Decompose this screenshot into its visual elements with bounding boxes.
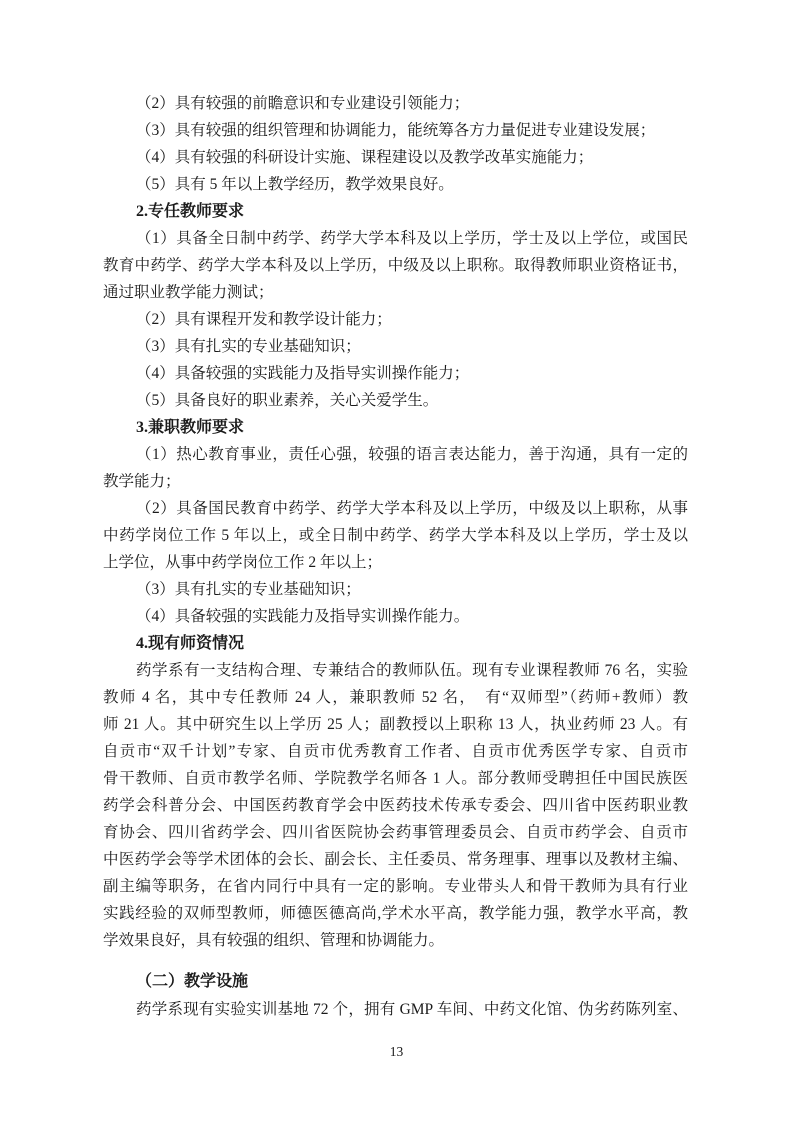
document-line: 育协会、四川省药学会、四川省医院协会药事管理委员会、自贡市药学会、自贡市 bbox=[103, 819, 688, 846]
document-line: 自贡市“双千计划”专家、自贡市优秀教育工作者、自贡市优秀医学专家、自贡市 bbox=[103, 738, 688, 765]
document-line: （3）具有较强的组织管理和协调能力，能统筹各方力量促进专业建设发展； bbox=[103, 117, 688, 144]
document-line: （3）具有扎实的专业基础知识； bbox=[103, 576, 688, 603]
document-line: （2）具有课程开发和教学设计能力； bbox=[103, 306, 688, 333]
document-line: （2）具有较强的前瞻意识和专业建设引领能力； bbox=[103, 90, 688, 117]
document-content: （2）具有较强的前瞻意识和专业建设引领能力；（3）具有较强的组织管理和协调能力，… bbox=[103, 90, 688, 1023]
document-line: 学效果良好，具有较强的组织、管理和协调能力。 bbox=[103, 927, 688, 954]
document-line: （1）具备全日制中药学、药学大学本科及以上学历，学士及以上学位，或国民 bbox=[103, 225, 688, 252]
document-line: 通过职业教学能力测试； bbox=[103, 279, 688, 306]
document-line: 上学位，从事中药学岗位工作 2 年以上； bbox=[103, 549, 688, 576]
document-line: 教育中药学、药学大学本科及以上学历，中级及以上职称。取得教师职业资格证书， bbox=[103, 252, 688, 279]
page-footer: 13 bbox=[0, 1044, 793, 1060]
document-line: （4）具有较强的科研设计实施、课程建设以及教学改革实施能力； bbox=[103, 144, 688, 171]
document-line: （5）具有 5 年以上教学经历，教学效果良好。 bbox=[103, 171, 688, 198]
document-line: （5）具备良好的职业素养，关心关爱学生。 bbox=[103, 387, 688, 414]
document-line: （1）热心教育事业，责任心强，较强的语言表达能力，善于沟通，具有一定的 bbox=[103, 441, 688, 468]
document-line: （4）具备较强的实践能力及指导实训操作能力。 bbox=[103, 603, 688, 630]
document-line: （2）具备国民教育中药学、药学大学本科及以上学历，中级及以上职称，从事 bbox=[103, 495, 688, 522]
document-line: （4）具备较强的实践能力及指导实训操作能力； bbox=[103, 360, 688, 387]
document-line: （3）具有扎实的专业基础知识； bbox=[103, 333, 688, 360]
section-heading: 2.专任教师要求 bbox=[103, 198, 688, 225]
document-line: 中药学岗位工作 5 年以上，或全日制中药学、药学大学本科及以上学历，学士及以 bbox=[103, 522, 688, 549]
document-line: 师 21 人。其中研究生以上学历 25 人；副教授以上职称 13 人，执业药师 … bbox=[103, 711, 688, 738]
section-heading: 4.现有师资情况 bbox=[103, 630, 688, 657]
section-heading: （二）教学设施 bbox=[103, 967, 688, 996]
document-line: 骨干教师、自贡市教学名师、学院教学名师各 1 人。部分教师受聘担任中国民族医 bbox=[103, 765, 688, 792]
document-line: 药学系有一支结构合理、专兼结合的教师队伍。现有专业课程教师 76 名，实验 bbox=[103, 657, 688, 684]
document-line: 实践经验的双师型教师，师德医德高尚,学术水平高，教学能力强，教学水平高，教 bbox=[103, 900, 688, 927]
section-heading: 3.兼职教师要求 bbox=[103, 414, 688, 441]
page-number: 13 bbox=[390, 1044, 404, 1059]
document-line: 教师 4 名，其中专任教师 24 人，兼职教师 52 名， 有“双师型”（药师+… bbox=[103, 684, 688, 711]
document-line: 药学系现有实验实训基地 72 个，拥有 GMP 车间、中药文化馆、伪劣药陈列室、 bbox=[103, 996, 688, 1023]
document-line: 副主编等职务，在省内同行中具有一定的影响。专业带头人和骨干教师为具有行业 bbox=[103, 873, 688, 900]
document-line: 教学能力； bbox=[103, 468, 688, 495]
document-line: 中医药学会等学术团体的会长、副会长、主任委员、常务理事、理事以及教材主编、 bbox=[103, 846, 688, 873]
document-page: （2）具有较强的前瞻意识和专业建设引领能力；（3）具有较强的组织管理和协调能力，… bbox=[0, 0, 793, 1122]
document-line: 药学会科普分会、中国医药教育学会中医药技术传承专委会、四川省中医药职业教 bbox=[103, 792, 688, 819]
